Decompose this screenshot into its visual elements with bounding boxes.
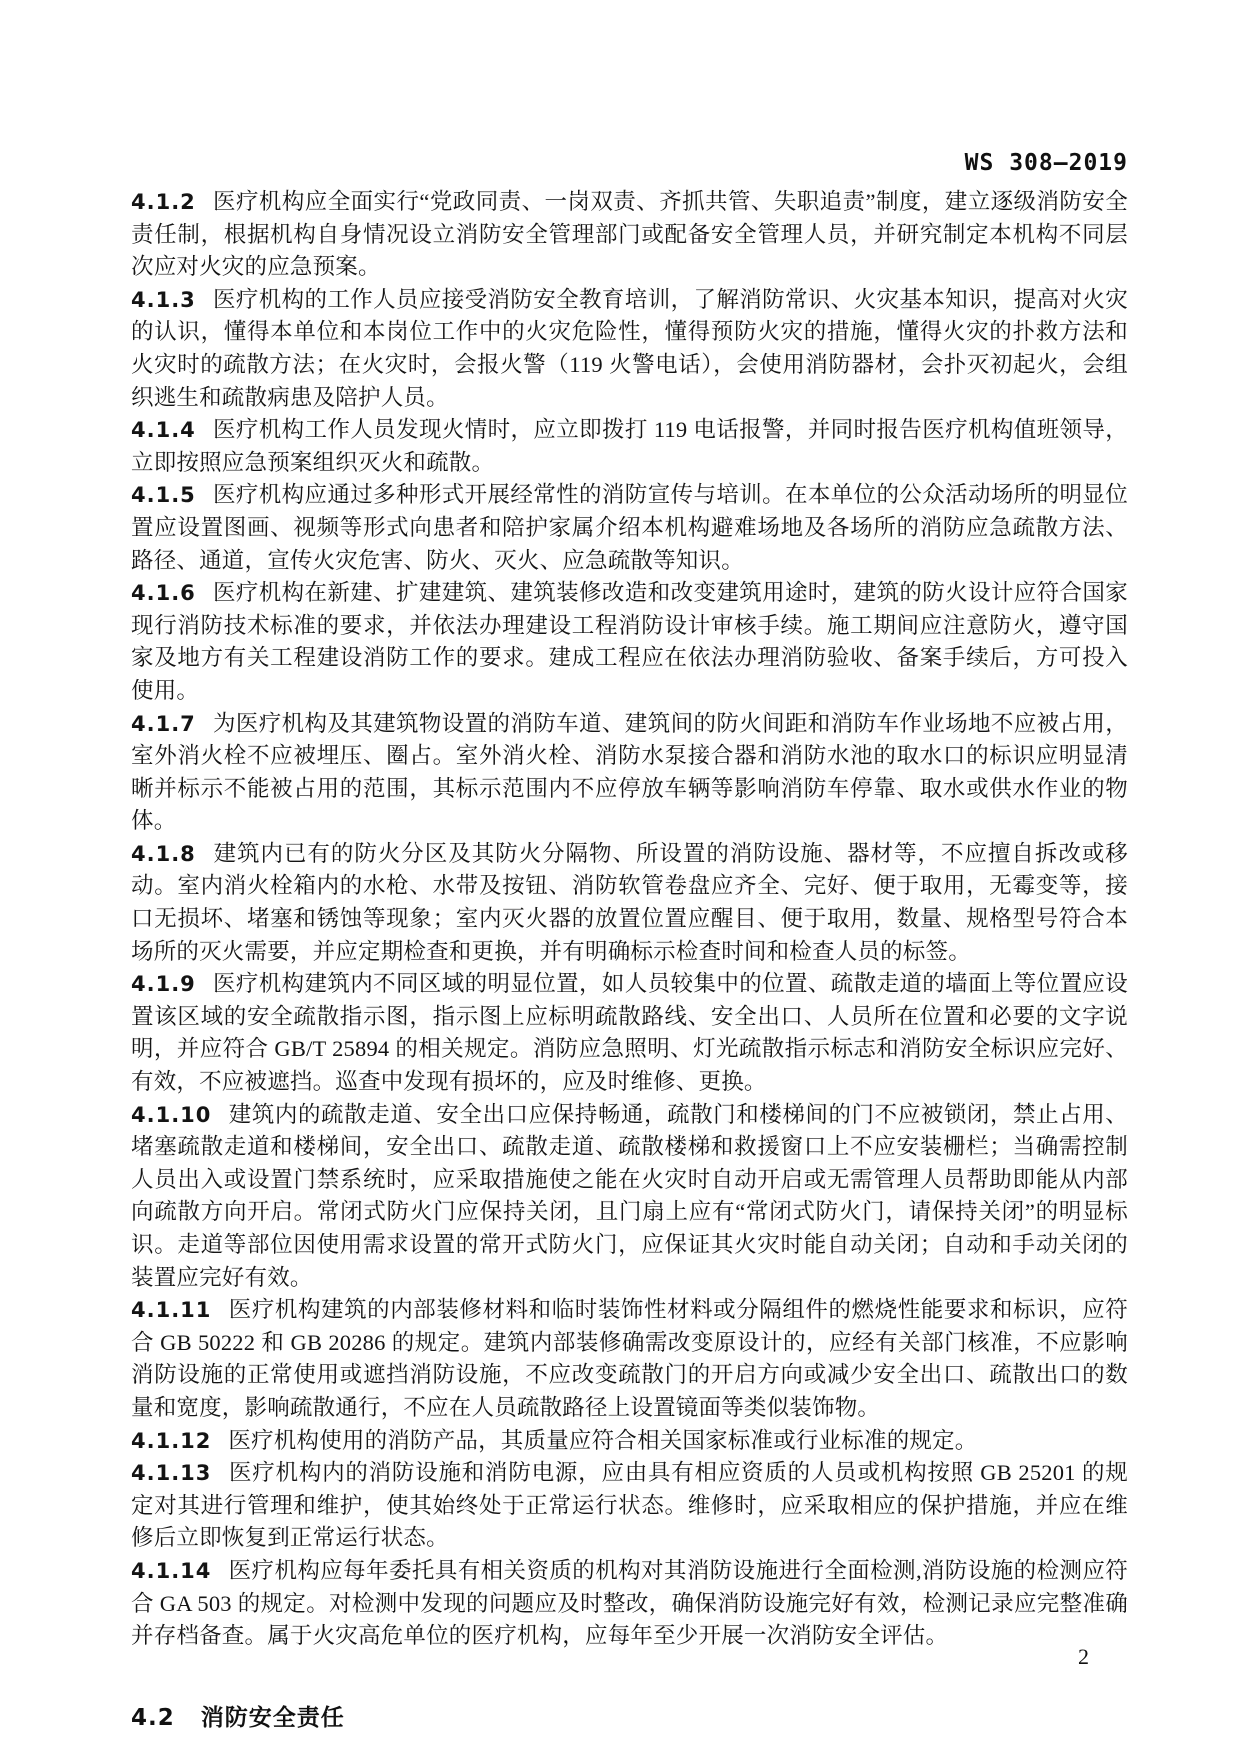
clause-4-1-3: 4.1.3医疗机构的工作人员应接受消防安全教育培训，了解消防常识、火灾基本知识，…: [131, 284, 1128, 414]
clause-text: 医疗机构建筑内不同区域的明显位置，如人员较集中的位置、疏散走道的墙面上等位置应设…: [131, 971, 1128, 1094]
clause-4-1-14: 4.1.14医疗机构应每年委托具有相关资质的机构对其消防设施进行全面检测,消防设…: [131, 1555, 1128, 1653]
clause-4-1-10: 4.1.10建筑内的疏散走道、安全出口应保持畅通，疏散门和楼梯间的门不应被锁闭，…: [131, 1099, 1128, 1295]
clause-number: 4.1.3: [131, 288, 196, 312]
clause-4-1-4: 4.1.4医疗机构工作人员发现火情时，应立即拨打 119 电话报警，并同时报告医…: [131, 414, 1128, 479]
clause-text: 建筑内已有的防火分区及其防火分隔物、所设置的消防设施、器材等，不应擅自拆改或移动…: [131, 841, 1128, 964]
clause-number: 4.1.8: [131, 842, 196, 866]
clause-text: 医疗机构在新建、扩建建筑、建筑装修改造和改变建筑用途时，建筑的防火设计应符合国家…: [131, 580, 1128, 703]
clause-text: 医疗机构使用的消防产品，其质量应符合相关国家标准或行业标准的规定。: [228, 1428, 977, 1453]
clause-number: 4.1.13: [131, 1461, 211, 1485]
clause-text: 建筑内的疏散走道、安全出口应保持畅通，疏散门和楼梯间的门不应被锁闭，禁止占用、堵…: [131, 1102, 1128, 1290]
clause-text: 医疗机构应每年委托具有相关资质的机构对其消防设施进行全面检测,消防设施的检测应符…: [131, 1558, 1128, 1648]
clause-text: 医疗机构工作人员发现火情时，应立即拨打 119 电话报警，并同时报告医疗机构值班…: [131, 417, 1128, 475]
document-page: WS 308—2019 4.1.2医疗机构应全面实行“党政同责、一岗双责、齐抓共…: [0, 0, 1241, 1755]
clause-text: 为医疗机构及其建筑物设置的消防车道、建筑间的防火间距和消防车作业场地不应被占用，…: [131, 711, 1128, 834]
page-header: WS 308—2019: [131, 150, 1128, 176]
clause-number: 4.1.5: [131, 483, 196, 507]
document-body: 4.1.2医疗机构应全面实行“党政同责、一岗双责、齐抓共管、失职追责”制度，建立…: [131, 186, 1128, 1732]
clause-4-1-2: 4.1.2医疗机构应全面实行“党政同责、一岗双责、齐抓共管、失职追责”制度，建立…: [131, 186, 1128, 284]
clause-number: 4.1.6: [131, 581, 196, 605]
clause-text: 医疗机构应全面实行“党政同责、一岗双责、齐抓共管、失职追责”制度，建立逐级消防安…: [131, 189, 1128, 279]
clause-text: 医疗机构应通过多种形式开展经常性的消防宣传与培训。在本单位的公众活动场所的明显位…: [131, 482, 1128, 572]
clause-number: 4.1.2: [131, 190, 196, 214]
section-title: 消防安全责任: [201, 1705, 345, 1731]
clause-4-1-6: 4.1.6医疗机构在新建、扩建建筑、建筑装修改造和改变建筑用途时，建筑的防火设计…: [131, 577, 1128, 707]
clause-number: 4.1.12: [131, 1429, 211, 1453]
clause-4-1-11: 4.1.11医疗机构建筑的内部装修材料和临时装饰性材料或分隔组件的燃烧性能要求和…: [131, 1294, 1128, 1424]
section-heading-4-2: 4.2消防安全责任: [131, 1699, 1128, 1732]
clause-4-1-12: 4.1.12医疗机构使用的消防产品，其质量应符合相关国家标准或行业标准的规定。: [131, 1425, 1128, 1458]
clause-4-1-13: 4.1.13医疗机构内的消防设施和消防电源，应由具有相应资质的人员或机构按照 G…: [131, 1457, 1128, 1555]
clause-number: 4.1.9: [131, 972, 196, 996]
clause-text: 医疗机构内的消防设施和消防电源，应由具有相应资质的人员或机构按照 GB 2520…: [131, 1460, 1128, 1550]
standard-number: WS 308—2019: [965, 150, 1128, 176]
page-number: 2: [1078, 1644, 1089, 1670]
clause-4-1-9: 4.1.9医疗机构建筑内不同区域的明显位置，如人员较集中的位置、疏散走道的墙面上…: [131, 968, 1128, 1098]
clause-number: 4.1.11: [131, 1298, 211, 1322]
section-number: 4.2: [131, 1705, 175, 1731]
clause-number: 4.1.4: [131, 418, 196, 442]
clause-number: 4.1.10: [131, 1103, 211, 1127]
clause-text: 医疗机构的工作人员应接受消防安全教育培训，了解消防常识、火灾基本知识，提高对火灾…: [131, 287, 1128, 410]
clause-4-1-5: 4.1.5医疗机构应通过多种形式开展经常性的消防宣传与培训。在本单位的公众活动场…: [131, 479, 1128, 577]
clause-4-1-8: 4.1.8建筑内已有的防火分区及其防火分隔物、所设置的消防设施、器材等，不应擅自…: [131, 838, 1128, 968]
clause-text: 医疗机构建筑的内部装修材料和临时装饰性材料或分隔组件的燃烧性能要求和标识，应符合…: [131, 1297, 1128, 1420]
clause-number: 4.1.7: [131, 712, 196, 736]
clause-4-1-7: 4.1.7为医疗机构及其建筑物设置的消防车道、建筑间的防火间距和消防车作业场地不…: [131, 708, 1128, 838]
clause-number: 4.1.14: [131, 1559, 211, 1583]
